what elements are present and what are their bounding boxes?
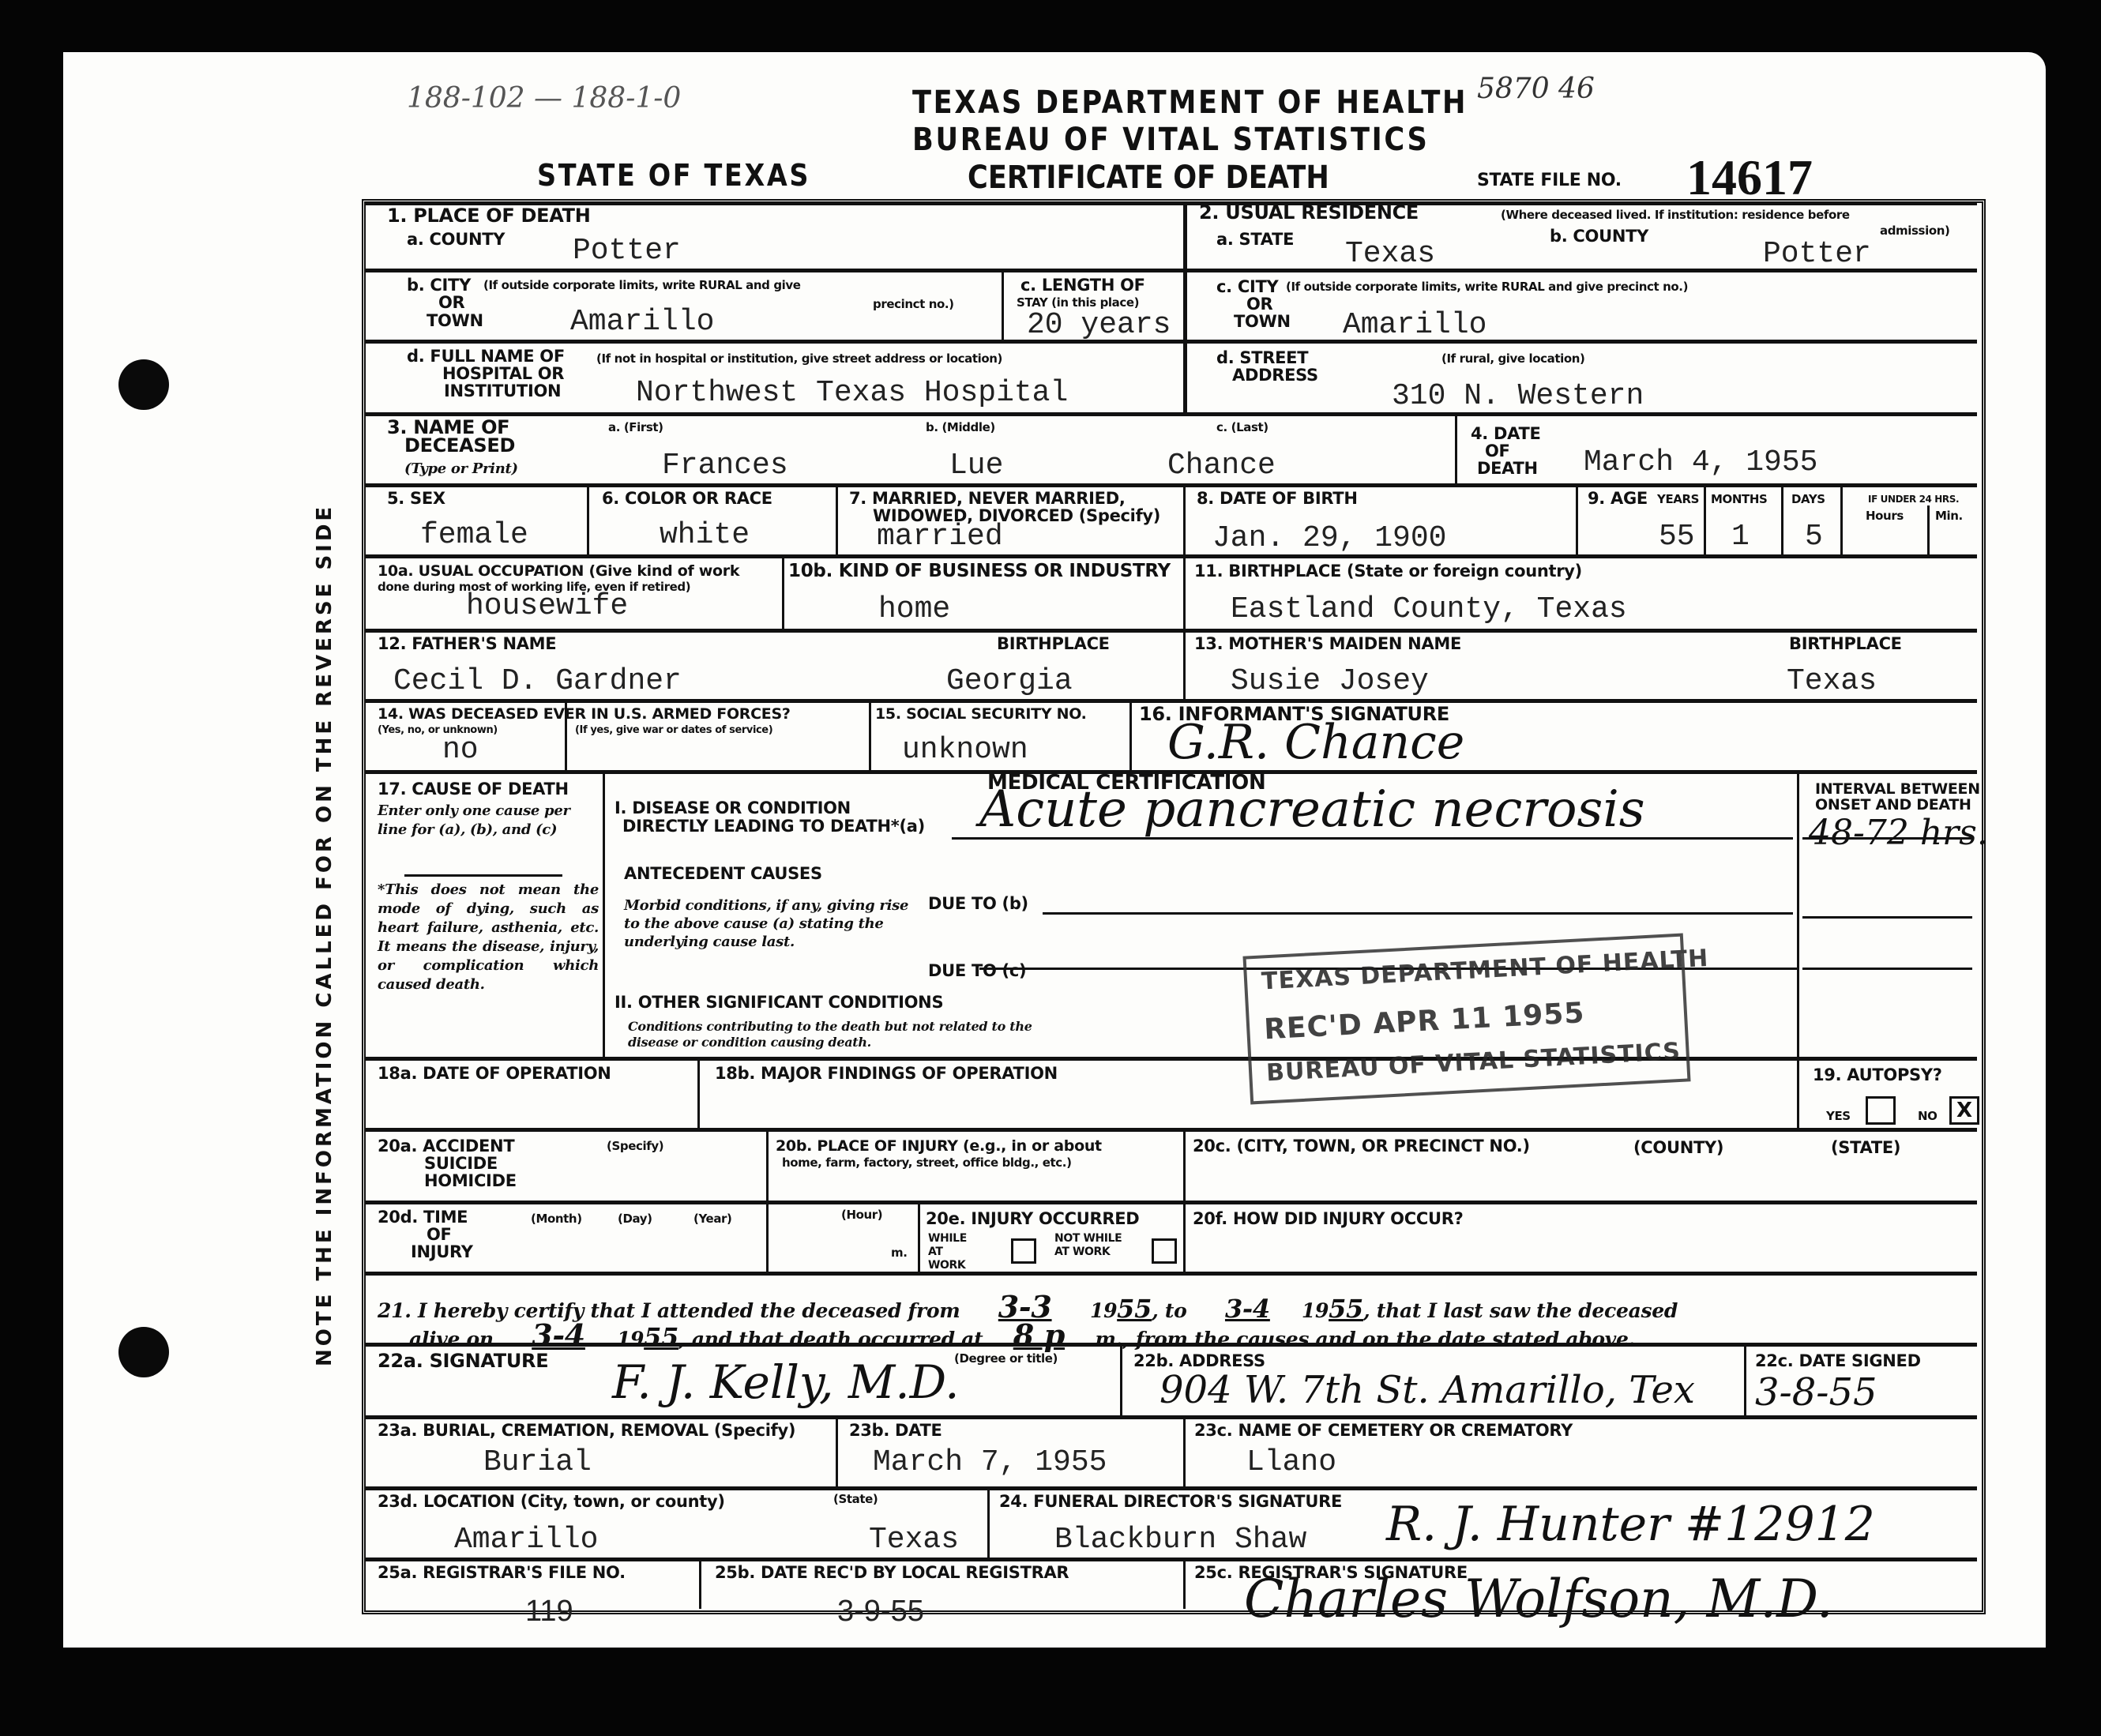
registrar-file-label: 25a. REGISTRAR'S FILE NO. — [378, 1564, 626, 1581]
industry-value: home — [878, 594, 950, 626]
location-state-value: Texas — [869, 1524, 959, 1556]
age-label: 9. AGE — [1588, 490, 1648, 507]
while-at-work-checkbox[interactable] — [1011, 1238, 1036, 1264]
reverse-side-note: NOTE THE INFORMATION CALLED FOR ON THE R… — [313, 504, 336, 1366]
name-label-2: DECEASED — [404, 437, 515, 454]
disease-label: I. DISEASE OR CONDITION — [615, 799, 851, 817]
marital-label: 7. MARRIED, NEVER MARRIED, — [849, 490, 1126, 507]
due-to-c-label: DUE TO (c) — [928, 962, 1026, 979]
alive-on-year: 55 — [644, 1322, 678, 1352]
time-of-label: OF — [427, 1226, 452, 1243]
alive-on-value: 3-4 — [500, 1317, 617, 1353]
department-title: TEXAS DEPARTMENT OF HEALTH — [912, 85, 1468, 120]
hospital-label-2: HOSPITAL OR — [442, 365, 564, 382]
m-label: m. — [891, 1246, 908, 1260]
or-label: OR — [1246, 295, 1272, 313]
autopsy-label: 19. AUTOPSY? — [1813, 1066, 1942, 1084]
state-file-number: 14617 — [1686, 148, 1813, 207]
registrar-file-value: 119 — [525, 1595, 573, 1627]
other-conditions-label: II. OTHER SIGNIFICANT CONDITIONS — [615, 994, 943, 1011]
time-of-injury-label: 20d. TIME — [378, 1208, 468, 1226]
funeral-director-label: 24. FUNERAL DIRECTOR'S SIGNATURE — [999, 1493, 1342, 1510]
birthplace-label: 11. BIRTHPLACE (State or foreign country… — [1194, 562, 1582, 580]
residence-city-value: Amarillo — [1343, 310, 1486, 341]
date-of-death-label-2: OF — [1485, 442, 1510, 460]
burial-date-value: March 7, 1955 — [873, 1447, 1107, 1479]
month-label: (Month) — [531, 1212, 582, 1226]
hospital-label-3: INSTITUTION — [444, 382, 561, 400]
due-to-b-label: DUE TO (b) — [928, 895, 1028, 912]
funeral-home-value: Blackburn Shaw — [1054, 1524, 1306, 1556]
occupation-label: 10a. USUAL OCCUPATION (Give kind of work — [378, 562, 739, 580]
mother-name-value: Susie Josey — [1231, 666, 1429, 697]
not-while-at-work-label: NOT WHILE AT WORK — [1054, 1232, 1126, 1259]
autopsy-no-checkbox[interactable]: X — [1949, 1096, 1979, 1125]
stamp-line-3: BUREAU OF VITAL STATISTICS — [1265, 1038, 1681, 1087]
age-days-value: 5 — [1805, 521, 1823, 553]
while-at-work-label: WHILE AT WORK — [928, 1232, 975, 1272]
under-24-label: IF UNDER 24 HRS. — [1868, 493, 1959, 506]
interval-value: 48-72 hrs. — [1809, 814, 1988, 853]
mother-name-label: 13. MOTHER'S MAIDEN NAME — [1194, 635, 1461, 652]
place-of-injury-hint: home, farm, factory, street, office bldg… — [782, 1156, 1072, 1170]
sex-label: 5. SEX — [387, 490, 445, 507]
occupation-value: housewife — [466, 591, 628, 622]
birthplace-value: Eastland County, Texas — [1231, 594, 1627, 626]
first-name-value: Frances — [662, 450, 788, 482]
race-label: 6. COLOR OR RACE — [602, 490, 772, 507]
place-of-injury-label: 20b. PLACE OF INJURY (e.g., in or about — [776, 1137, 1102, 1155]
last-name-label: c. (Last) — [1216, 421, 1268, 434]
father-name-value: Cecil D. Gardner — [393, 666, 682, 697]
punch-hole — [118, 359, 169, 410]
suicide-label: SUICIDE — [424, 1155, 498, 1172]
residence-hint-2: admission) — [1880, 224, 1949, 238]
father-name-label: 12. FATHER'S NAME — [378, 635, 556, 652]
father-birthplace-label: BIRTHPLACE — [997, 635, 1110, 652]
location-value: Amarillo — [454, 1524, 598, 1556]
hospital-hint: (If not in hospital or institution, give… — [596, 352, 1002, 366]
last-name-value: Chance — [1167, 450, 1276, 482]
town-label: TOWN — [1234, 313, 1291, 330]
age-months-value: 1 — [1731, 521, 1750, 553]
date-of-birth-label: 8. DATE OF BIRTH — [1197, 490, 1358, 507]
residence-hint: (Where deceased lived. If institution: r… — [1501, 209, 1850, 222]
page-title: CERTIFICATE OF DEATH — [968, 160, 1329, 195]
state-title: STATE OF TEXAS — [537, 158, 810, 193]
place-of-death-heading: 1. PLACE OF DEATH — [387, 207, 591, 224]
received-stamp: TEXAS DEPARTMENT OF HEALTH REC'D APR 11 … — [1242, 934, 1690, 1105]
disease-label-2: DIRECTLY LEADING TO DEATH*(a) — [622, 817, 925, 835]
mother-birthplace-value: Texas — [1787, 666, 1877, 697]
city-label: b. CITY — [407, 276, 471, 294]
location-label: 23d. LOCATION (City, town, or county) — [378, 1493, 725, 1510]
or-label: OR — [438, 294, 464, 311]
how-injury-label: 20f. HOW DID INJURY OCCUR? — [1193, 1210, 1463, 1227]
name-label: 3. NAME OF — [387, 419, 509, 436]
specify-label: (Specify) — [607, 1140, 663, 1153]
pencil-note-left: 188-102 — 188-1-0 — [407, 79, 681, 118]
industry-label: 10b. KIND OF BUSINESS OR INDUSTRY — [788, 562, 1171, 580]
autopsy-yes-checkbox[interactable] — [1866, 1096, 1896, 1125]
cemetery-label: 23c. NAME OF CEMETERY OR CREMATORY — [1194, 1422, 1573, 1439]
operation-findings-label: 18b. MAJOR FINDINGS OF OPERATION — [715, 1065, 1058, 1082]
burial-label: 23a. BURIAL, CREMATION, REMOVAL (Specify… — [378, 1422, 795, 1439]
injury-label: INJURY — [411, 1243, 473, 1261]
ssn-value: unknown — [902, 735, 1028, 766]
year-label: (Year) — [693, 1212, 732, 1226]
race-value: white — [660, 520, 750, 551]
days-label: DAYS — [1791, 493, 1825, 506]
city-hint: (If outside corporate limits, write RURA… — [483, 279, 801, 292]
residence-state-label: a. STATE — [1216, 231, 1294, 248]
county-label: a. COUNTY — [407, 231, 505, 248]
other-conditions-hint: Conditions contributing to the death but… — [628, 1019, 1070, 1050]
date-of-death-value: March 4, 1955 — [1584, 447, 1817, 479]
injury-state-label: (STATE) — [1831, 1139, 1900, 1156]
date-of-death-label: 4. DATE — [1471, 425, 1541, 442]
local-registrar-date-value: 3-9-55 — [837, 1595, 924, 1627]
date-of-death-label-3: DEATH — [1477, 460, 1538, 477]
antecedent-label: ANTECEDENT CAUSES — [624, 865, 822, 882]
armed-forces-value: no — [442, 735, 479, 766]
years-label: YEARS — [1657, 493, 1699, 506]
minutes-label: Min. — [1935, 509, 1963, 523]
age-years-value: 55 — [1659, 521, 1695, 553]
time-of-death-value: 8 p — [990, 1317, 1088, 1353]
residence-heading: 2. USUAL RESIDENCE — [1199, 204, 1419, 221]
death-city-value: Amarillo — [570, 306, 714, 338]
injury-city-label: 20c. (CITY, TOWN, OR PRECINCT NO.) — [1193, 1137, 1530, 1155]
marital-value: married — [877, 521, 1003, 553]
injury-county-label: (COUNTY) — [1633, 1139, 1723, 1156]
date-signed-value: 3-8-55 — [1755, 1373, 1877, 1412]
first-name-label: a. (First) — [608, 421, 663, 434]
local-registrar-date-label: 25b. DATE REC'D BY LOCAL REGISTRAR — [715, 1564, 1069, 1581]
armed-forces-hint: (Yes, no, or unknown) — [378, 723, 498, 737]
mother-birthplace-label: BIRTHPLACE — [1789, 635, 1902, 652]
injury-occurred-label: 20e. INJURY OCCURRED — [926, 1210, 1139, 1227]
location-state-label: (State) — [833, 1493, 878, 1506]
street-value: 310 N. Western — [1392, 381, 1644, 412]
state-file-label: STATE FILE NO. — [1477, 172, 1622, 190]
homicide-label: HOMICIDE — [424, 1172, 517, 1189]
hospital-label: d. FULL NAME OF — [407, 348, 565, 365]
residence-county-value: Potter — [1763, 239, 1871, 270]
funeral-director-signature: R. J. Hunter #12912 — [1386, 1505, 1875, 1544]
physician-address-label: 22b. ADDRESS — [1133, 1352, 1265, 1370]
death-county-value: Potter — [573, 235, 681, 267]
residence-county-label: b. COUNTY — [1550, 227, 1648, 245]
armed-forces-hint-2: (If yes, give war or dates of service) — [575, 723, 772, 737]
cemetery-value: Llano — [1246, 1447, 1336, 1479]
father-birthplace-value: Georgia — [946, 666, 1073, 697]
antecedent-hint: Morbid conditions, if any, giving rise t… — [624, 896, 924, 951]
degree-label: (Degree or title) — [954, 1352, 1058, 1366]
informant-signature: G.R. Chance — [1167, 723, 1464, 762]
pencil-note-right: 5870 46 — [1477, 70, 1595, 109]
physician-signature-label: 22a. SIGNATURE — [378, 1352, 548, 1370]
physician-address-value: 904 W. 7th St. Amarillo, Tex — [1159, 1370, 1695, 1410]
hospital-value: Northwest Texas Hospital — [636, 378, 1068, 409]
interval-label-2: ONSET AND DEATH — [1815, 796, 1971, 814]
registrar-signature: Charles Wolfson, M.D. — [1244, 1580, 1833, 1619]
town-label: TOWN — [427, 312, 483, 329]
hours-label: Hours — [1866, 509, 1904, 523]
cause-hint: Enter only one cause per line for (a), (… — [378, 802, 595, 840]
armed-forces-label: 14. WAS DECEASED EVER IN U.S. ARMED FORC… — [378, 705, 791, 723]
city-hint-2: precinct no.) — [873, 298, 954, 311]
street-label-2: ADDRESS — [1232, 366, 1318, 384]
street-hint: (If rural, give location) — [1441, 352, 1585, 366]
length-of-stay-value: 20 years — [1027, 310, 1171, 341]
residence-city-label: c. CITY — [1216, 278, 1278, 295]
stamp-received-date: REC'D APR 11 1955 — [1263, 997, 1585, 1046]
cause-of-death-label: 17. CAUSE OF DEATH — [378, 780, 569, 798]
months-label: MONTHS — [1711, 493, 1767, 506]
residence-state-value: Texas — [1345, 239, 1435, 270]
autopsy-yes-label: YES — [1826, 1110, 1851, 1123]
operation-date-label: 18a. DATE OF OPERATION — [378, 1065, 611, 1082]
bureau-title: BUREAU OF VITAL STATISTICS — [912, 122, 1430, 157]
accident-label: 20a. ACCIDENT — [378, 1137, 514, 1155]
interval-label: INTERVAL BETWEEN — [1815, 780, 1980, 798]
date-signed-label: 22c. DATE SIGNED — [1755, 1352, 1921, 1370]
date-of-birth-value: Jan. 29, 1900 — [1212, 523, 1446, 554]
burial-date-label: 23b. DATE — [849, 1422, 942, 1439]
day-label: (Day) — [618, 1212, 652, 1226]
autopsy-no-label: NO — [1918, 1110, 1938, 1123]
burial-value: Burial — [483, 1447, 592, 1479]
length-of-stay-label: c. LENGTH OF — [1020, 276, 1145, 294]
physician-signature: F. J. Kelly, M.D. — [612, 1362, 960, 1402]
name-label-3: (Type or Print) — [404, 460, 518, 479]
cause-a-value: Acute pancreatic necrosis — [979, 790, 1645, 829]
sex-value: female — [420, 520, 528, 551]
residence-city-hint: (If outside corporate limits, write RURA… — [1286, 280, 1688, 294]
ssn-label: 15. SOCIAL SECURITY NO. — [875, 705, 1087, 723]
middle-name-value: Lue — [949, 450, 1003, 482]
punch-hole — [118, 1327, 169, 1377]
street-label: d. STREET — [1216, 349, 1308, 366]
stamp-line-1: TEXAS DEPARTMENT OF HEALTH — [1261, 945, 1709, 996]
not-while-at-work-checkbox[interactable] — [1152, 1238, 1177, 1264]
hour-label: (Hour) — [841, 1208, 882, 1222]
middle-name-label: b. (Middle) — [926, 421, 995, 434]
footnote: *This does not mean the mode of dying, s… — [378, 881, 599, 994]
